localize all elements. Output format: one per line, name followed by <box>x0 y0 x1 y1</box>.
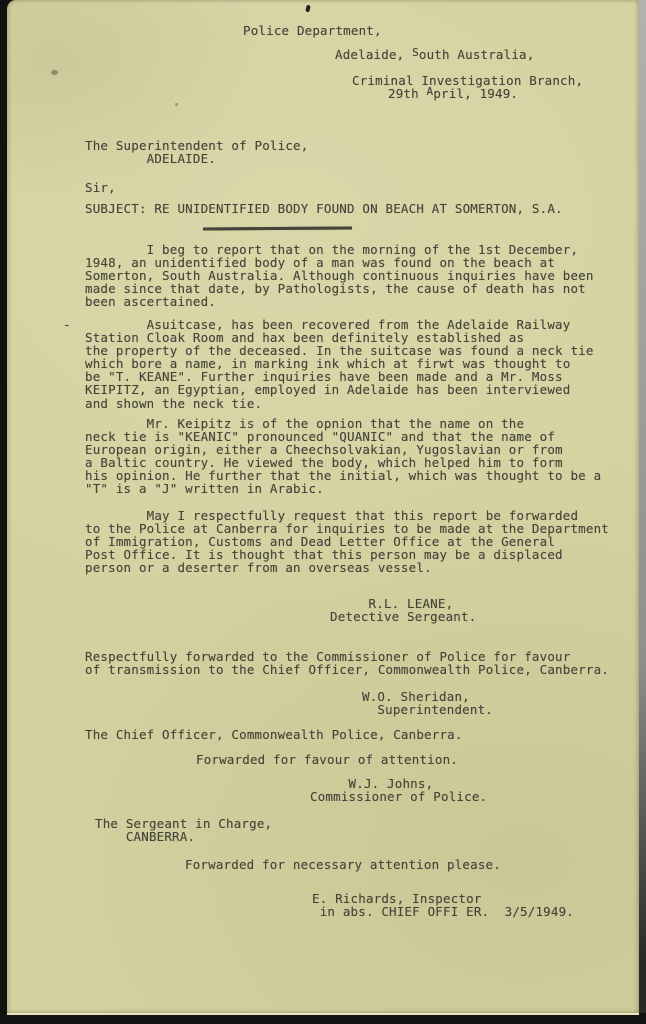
paragraph-request-canberra: May I respectfully request that this rep… <box>85 509 609 574</box>
margin-dash-mark: - <box>63 318 71 331</box>
letter-paper: Police Department, Adelaide, South Austr… <box>7 0 639 1015</box>
letterhead-date-rest: pril, 1949. <box>433 86 518 101</box>
letterhead-date-superscript: A <box>427 85 434 98</box>
letterhead-city: Adelaide, South Australia, <box>335 48 534 62</box>
ink-speck <box>305 5 310 13</box>
letterhead-city-superscript: S <box>412 46 419 59</box>
paragraph-suitcase: Asuitcase, has been recovered from the A… <box>85 318 594 410</box>
letterhead-city-pre: Adelaide, <box>335 47 412 62</box>
letterhead-city-rest: outh Australia, <box>419 47 535 62</box>
signature-johns: W.J. Johns, Commissioner of Police. <box>310 777 487 803</box>
address-chief-officer: The Chief Officer, Commonwealth Police, … <box>85 728 463 741</box>
address-sergeant-in-charge: The Sergeant in Charge, CANBERRA. <box>95 817 272 843</box>
letterhead-date-pre: 29th <box>388 86 427 101</box>
addressee-block: The Superintendent of Police, ADELAIDE. <box>85 139 308 165</box>
salutation: Sir, <box>85 181 116 194</box>
paragraph-report-body-found: I beg to report that on the morning of t… <box>85 243 594 308</box>
subject-underline <box>203 226 352 230</box>
paragraph-keipitz-opinion: Mr. Keipitz is of the opnion that the na… <box>85 417 601 496</box>
scan-edge-right <box>638 0 646 1013</box>
subject-line: SUBJECT: RE UNIDENTIFIED BODY FOUND ON B… <box>85 202 563 215</box>
paper-speck <box>175 103 178 106</box>
forwarding-note-necessary: Forwarded for necessary attention please… <box>185 858 501 871</box>
paper-smudge <box>51 70 58 75</box>
signature-sheridan: W.O. Sheridan, Superintendent. <box>362 690 493 716</box>
forwarding-note-commissioner: Respectfully forwarded to the Commission… <box>85 650 609 676</box>
letterhead-department: Police Department, <box>243 24 382 37</box>
forwarding-note-favour: Forwarded for favour of attention. <box>196 753 458 766</box>
scanned-letter-page: Police Department, Adelaide, South Austr… <box>0 0 646 1024</box>
signature-leane: R.L. LEANE, Detective Sergeant. <box>330 597 476 623</box>
letterhead-date: 29th April, 1949. <box>388 87 518 101</box>
signature-richards: E. Richards, Inspector in abs. CHIEF OFF… <box>312 892 574 918</box>
